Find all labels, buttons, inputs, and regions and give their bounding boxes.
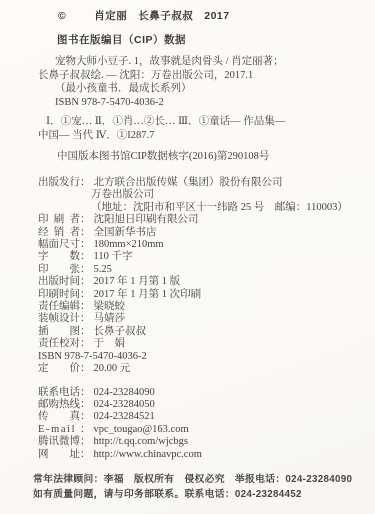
label-colon: ：	[80, 289, 91, 301]
label-colon: ：	[80, 449, 91, 461]
cip-class-line2: 中国— 当代 Ⅳ．①I287.7	[38, 129, 363, 143]
cip-title-line2: 长鼻子叔叔绘. — 沈阳：万卷出版公司，2017.1	[38, 69, 363, 83]
label-colon: ：	[80, 239, 91, 251]
email-row: E-mail ： vpc_tougao@163.com	[38, 424, 363, 436]
info-label: 网址	[38, 449, 80, 461]
info-value: vpc_tougao@163.com	[94, 424, 189, 436]
website-row: 网址 ： http://www.chinavpc.com	[38, 449, 363, 461]
label-colon: ：	[80, 399, 91, 411]
info-label: 出版发行	[38, 177, 80, 189]
word-count-row: 字数 ： 110 千字	[38, 251, 363, 263]
copyright-author: 肖定丽	[94, 10, 127, 22]
printer-row: 印刷者 ： 沈阳旭日印刷有限公司	[38, 214, 363, 226]
label-colon: ：	[80, 264, 91, 276]
label-colon: ：	[80, 251, 91, 263]
label-colon: ：	[80, 338, 91, 350]
info-value: 于 娟	[94, 338, 126, 350]
info-label: 字数	[38, 251, 80, 263]
cip-isbn: ISBN 978-7-5470-4036-2	[38, 96, 363, 110]
info-value: 024-23284090	[94, 387, 155, 399]
info-value: 20.00 元	[94, 363, 131, 375]
info-value: 2017 年 1 月第 1 次印刷	[94, 289, 202, 301]
publisher-address: （地址：沈阳市和平区十一纬路 25 号 邮编：110003）	[38, 202, 363, 214]
info-value: http://www.chinavpc.com	[94, 449, 202, 461]
copyright-illustrator: 长鼻子叔叔	[138, 10, 193, 22]
info-value: 梁晓蛟	[94, 301, 126, 313]
distributor-row: 经销者 ： 全国新华书店	[38, 227, 363, 239]
label-colon: ：	[80, 326, 91, 338]
proofreader-row: 责任校对 ： 于 娟	[38, 338, 363, 350]
phone-row: 联系电话 ： 024-23284090	[38, 387, 363, 399]
info-label: 定价	[38, 363, 80, 375]
copyright-line: ©肖定丽长鼻子叔叔2017	[58, 8, 363, 23]
info-value: 沈阳旭日印刷有限公司	[94, 214, 199, 226]
label-colon: ：	[80, 313, 91, 325]
copyright-year: 2017	[204, 10, 229, 22]
illustration-row: 插图 ： 长鼻子叔叔	[38, 326, 363, 338]
cip-entry: 宠物大师小豆子. 1，故事就是肉骨头 / 肖定丽著； 长鼻子叔叔绘. — 沈阳：…	[38, 55, 363, 109]
info-value: 180mm×210mm	[94, 239, 164, 251]
info-value: 024-23284050	[94, 399, 155, 411]
info-value: 全国新华书店	[94, 227, 157, 239]
label-colon: ：	[80, 363, 91, 375]
label-colon: ：	[80, 436, 91, 448]
weibo-row: 腾讯微博 ： http://t.qq.com/wjcbgs	[38, 436, 363, 448]
label-colon: ：	[80, 424, 91, 436]
label-colon: ：	[80, 276, 91, 288]
info-value: 北方联合出版传媒（集团）股份有限公司	[94, 177, 283, 189]
info-label: 邮购热线	[38, 399, 80, 411]
legal-notice: 常年法律顾问：李福 版权所有 侵权必究 举报电话：024-23284090 如有…	[33, 472, 363, 503]
mail-order-row: 邮购热线 ： 024-23284050	[38, 399, 363, 411]
legal-line2: 如有质量问题，请与印务部联系。联系电话：024-23284452	[33, 487, 363, 503]
price-row: 定价 ： 20.00 元	[38, 363, 363, 375]
label-colon: ：	[80, 227, 91, 239]
editor-row: 责任编辑 ： 梁晓蛟	[38, 301, 363, 313]
label-colon: ：	[80, 411, 91, 423]
print-date-row: 印刷时间 ： 2017 年 1 月第 1 次印刷	[38, 289, 363, 301]
label-colon: ：	[80, 177, 91, 189]
info-value: 110 千字	[94, 251, 133, 263]
info-label: 传真	[38, 411, 80, 423]
trim-size-row: 幅面尺寸 ： 180mm×210mm	[38, 239, 363, 251]
copyright-symbol: ©	[58, 10, 66, 22]
info-label: 联系电话	[38, 387, 80, 399]
cip-title-line: 宠物大师小豆子. 1，故事就是肉骨头 / 肖定丽著；	[38, 55, 363, 69]
cip-classification: Ⅰ．①宠… Ⅱ．①肖…②长… Ⅲ．①童话— 作品集— 中国— 当代 Ⅳ．①I28…	[38, 115, 363, 142]
label-colon: ：	[80, 387, 91, 399]
label-colon: ：	[80, 301, 91, 313]
legal-line1: 常年法律顾问：李福 版权所有 侵权必究 举报电话：024-23284090	[33, 472, 363, 488]
cip-class-line1: Ⅰ．①宠… Ⅱ．①肖…②长… Ⅲ．①童话— 作品集—	[38, 115, 363, 129]
info-value: 马婧莎	[94, 313, 126, 325]
cip-heading: 图书在版编目（CIP）数据	[57, 32, 363, 47]
isbn-row: ISBN 978-7-5470-4036-2	[38, 351, 363, 363]
info-label: 责任校对	[38, 338, 80, 350]
designer-row: 装帧设计 ： 马婧莎	[38, 313, 363, 325]
info-label: 印刷者	[38, 214, 80, 226]
cip-record-number: 中国版本图书馆CIP数据核字(2016)第290108号	[38, 148, 363, 163]
book-copyright-page: ©肖定丽长鼻子叔叔2017 图书在版编目（CIP）数据 宠物大师小豆子. 1，故…	[0, 0, 375, 514]
info-label: 责任编辑	[38, 301, 80, 313]
cip-series-line: （最小孩童书．最成长系列）	[38, 82, 363, 96]
info-label: 出版时间	[38, 276, 80, 288]
publisher-row-continued: 万卷出版公司	[38, 189, 363, 201]
info-value: 024-23284521	[94, 411, 155, 423]
info-label: 装帧设计	[38, 313, 80, 325]
info-value: 2017 年 1 月第 1 版	[94, 276, 181, 288]
fax-row: 传真 ： 024-23284521	[38, 411, 363, 423]
info-label: 腾讯微博	[38, 436, 80, 448]
info-value: 长鼻子叔叔	[94, 326, 147, 338]
sheets-row: 印张 ： 5.25	[38, 264, 363, 276]
info-label: E-mail	[38, 424, 80, 436]
info-label: 印张	[38, 264, 80, 276]
info-value: http://t.qq.com/wjcbgs	[94, 436, 189, 448]
info-label: 印刷时间	[38, 289, 80, 301]
publication-info: 出版发行 ： 北方联合出版传媒（集团）股份有限公司 万卷出版公司 （地址：沈阳市…	[38, 177, 363, 376]
contact-info: 联系电话 ： 024-23284090 邮购热线 ： 024-23284050 …	[38, 387, 363, 461]
info-label: 幅面尺寸	[38, 239, 80, 251]
label-colon: ：	[80, 214, 91, 226]
info-label: 插图	[38, 326, 80, 338]
info-value: 5.25	[94, 264, 112, 276]
publish-date-row: 出版时间 ： 2017 年 1 月第 1 版	[38, 276, 363, 288]
publisher-row: 出版发行 ： 北方联合出版传媒（集团）股份有限公司	[38, 177, 363, 189]
info-label: 经销者	[38, 227, 80, 239]
